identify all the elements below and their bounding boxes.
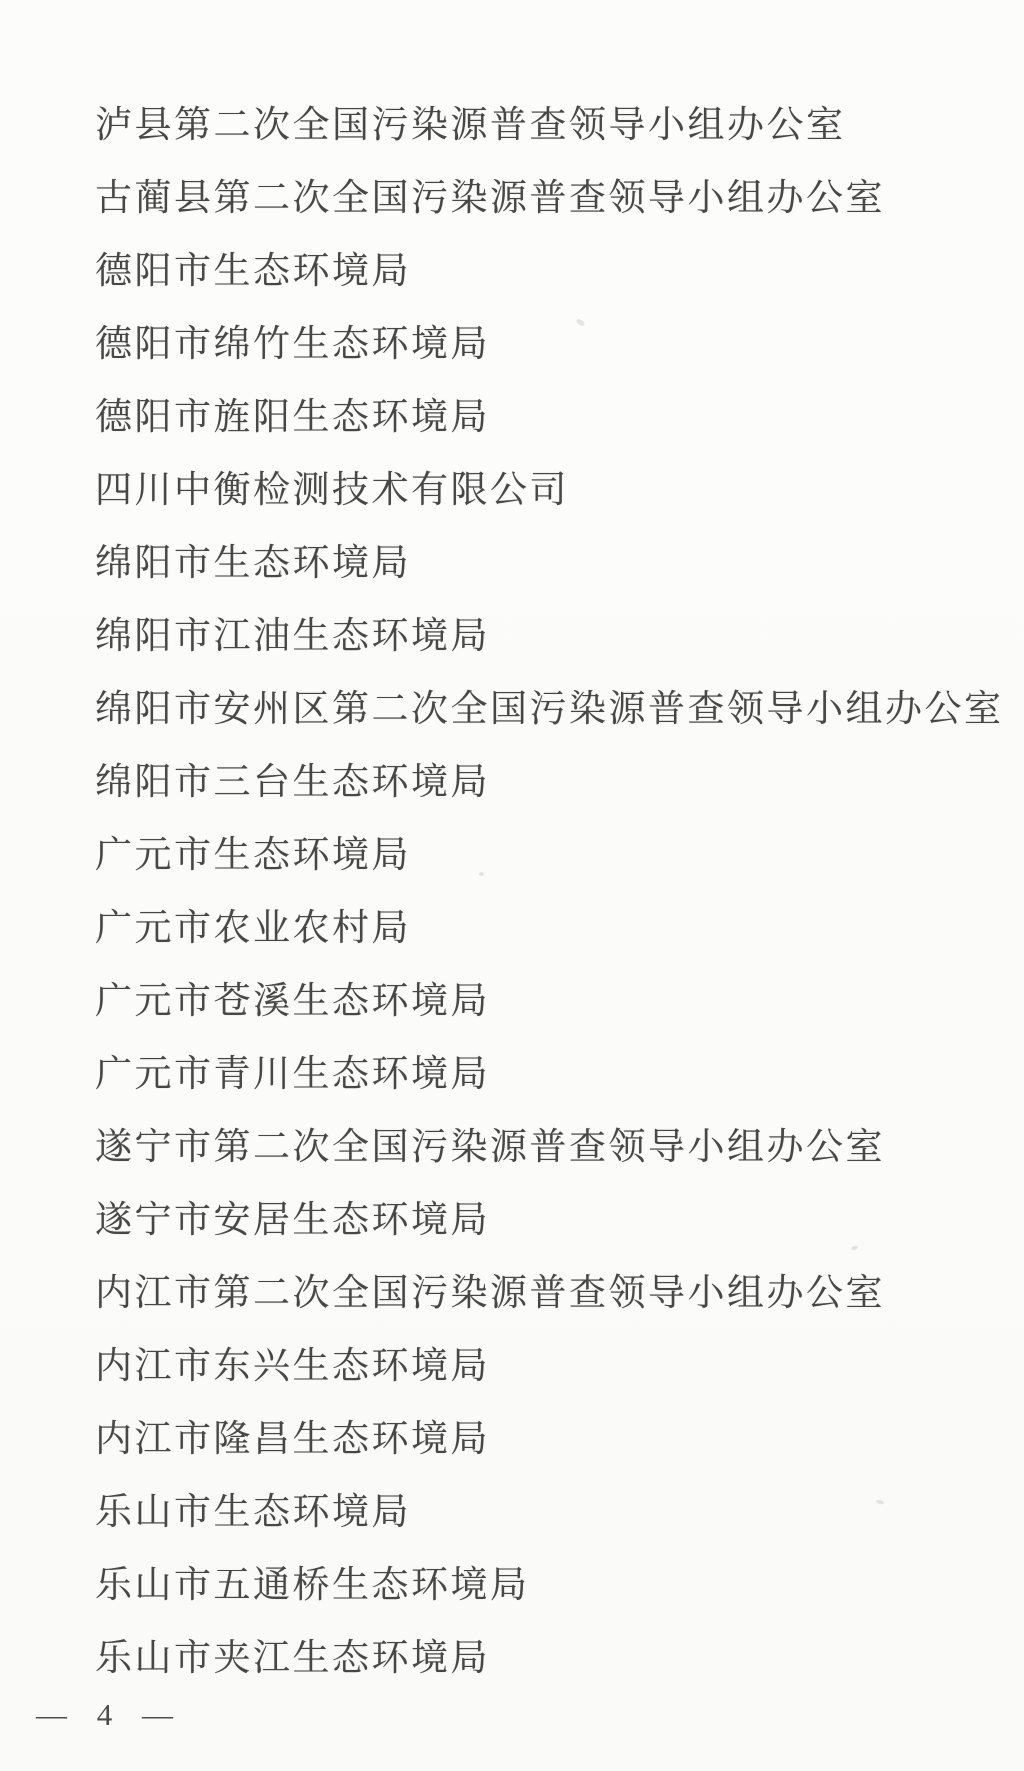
org-name-text: 内江市东兴生态环境局 <box>95 1335 490 1389</box>
org-list-item: 乐山市五通桥生态环境局 <box>95 1544 994 1617</box>
org-list-item: 绵阳市生态环境局 <box>95 522 994 595</box>
org-list-item: 德阳市绵竹生态环境局 <box>95 303 994 376</box>
org-list-item: 乐山市夹江生态环境局 <box>95 1617 994 1690</box>
org-list-item: 古蔺县第二次全国污染源普查领导小组办公室 <box>95 157 994 230</box>
org-name-text: 广元市生态环境局 <box>95 824 411 878</box>
org-list-item: 泸县第二次全国污染源普查领导小组办公室 <box>95 84 994 157</box>
org-name-text: 内江市第二次全国污染源普查领导小组办公室 <box>95 1262 885 1316</box>
org-name-text: 四川中衡检测技术有限公司 <box>95 459 569 513</box>
org-list-item: 四川中衡检测技术有限公司 <box>95 449 994 522</box>
org-name-text: 绵阳市江油生态环境局 <box>95 605 490 659</box>
org-list-item: 广元市苍溪生态环境局 <box>95 960 994 1033</box>
org-list-item: 内江市隆昌生态环境局 <box>95 1398 994 1471</box>
org-list-item: 广元市青川生态环境局 <box>95 1033 994 1106</box>
org-name-text: 广元市苍溪生态环境局 <box>95 970 490 1024</box>
org-name-text: 德阳市旌阳生态环境局 <box>95 386 490 440</box>
org-name-text: 德阳市绵竹生态环境局 <box>95 313 490 367</box>
org-name-text: 广元市青川生态环境局 <box>95 1043 490 1097</box>
org-list-item: 绵阳市三台生态环境局 <box>95 741 994 814</box>
recipient-org-list: 泸县第二次全国污染源普查领导小组办公室古蔺县第二次全国污染源普查领导小组办公室德… <box>95 84 994 1690</box>
scanned-document-page: 泸县第二次全国污染源普查领导小组办公室古蔺县第二次全国污染源普查领导小组办公室德… <box>0 0 1024 1771</box>
org-name-text: 乐山市夹江生态环境局 <box>95 1627 490 1681</box>
org-list-item: 绵阳市江油生态环境局 <box>95 595 994 668</box>
org-list-item: 德阳市生态环境局 <box>95 230 994 303</box>
org-list-item: 遂宁市第二次全国污染源普查领导小组办公室 <box>95 1106 994 1179</box>
org-name-text: 德阳市生态环境局 <box>95 240 411 294</box>
org-name-text: 古蔺县第二次全国污染源普查领导小组办公室 <box>95 167 885 221</box>
org-name-text: 乐山市生态环境局 <box>95 1481 411 1535</box>
org-name-text: 内江市隆昌生态环境局 <box>95 1408 490 1462</box>
org-name-text: 遂宁市安居生态环境局 <box>95 1189 490 1243</box>
org-list-item: 内江市第二次全国污染源普查领导小组办公室 <box>95 1252 994 1325</box>
org-name-text: 绵阳市安州区第二次全国污染源普查领导小组办公室 <box>95 678 1004 732</box>
org-list-item: 乐山市生态环境局 <box>95 1471 994 1544</box>
org-name-text: 广元市农业农村局 <box>95 897 411 951</box>
org-list-item: 内江市东兴生态环境局 <box>95 1325 994 1398</box>
org-name-text: 遂宁市第二次全国污染源普查领导小组办公室 <box>95 1116 885 1170</box>
org-name-text: 乐山市五通桥生态环境局 <box>95 1554 530 1608</box>
page-number: — 4 — <box>36 1697 184 1733</box>
org-list-item: 绵阳市安州区第二次全国污染源普查领导小组办公室 <box>95 668 994 741</box>
org-list-item: 遂宁市安居生态环境局 <box>95 1179 994 1252</box>
org-list-item: 广元市农业农村局 <box>95 887 994 960</box>
org-name-text: 绵阳市三台生态环境局 <box>95 751 490 805</box>
scan-speck <box>479 872 484 876</box>
org-list-item: 德阳市旌阳生态环境局 <box>95 376 994 449</box>
org-list-item: 广元市生态环境局 <box>95 814 994 887</box>
org-name-text: 泸县第二次全国污染源普查领导小组办公室 <box>95 94 846 148</box>
org-name-text: 绵阳市生态环境局 <box>95 532 411 586</box>
